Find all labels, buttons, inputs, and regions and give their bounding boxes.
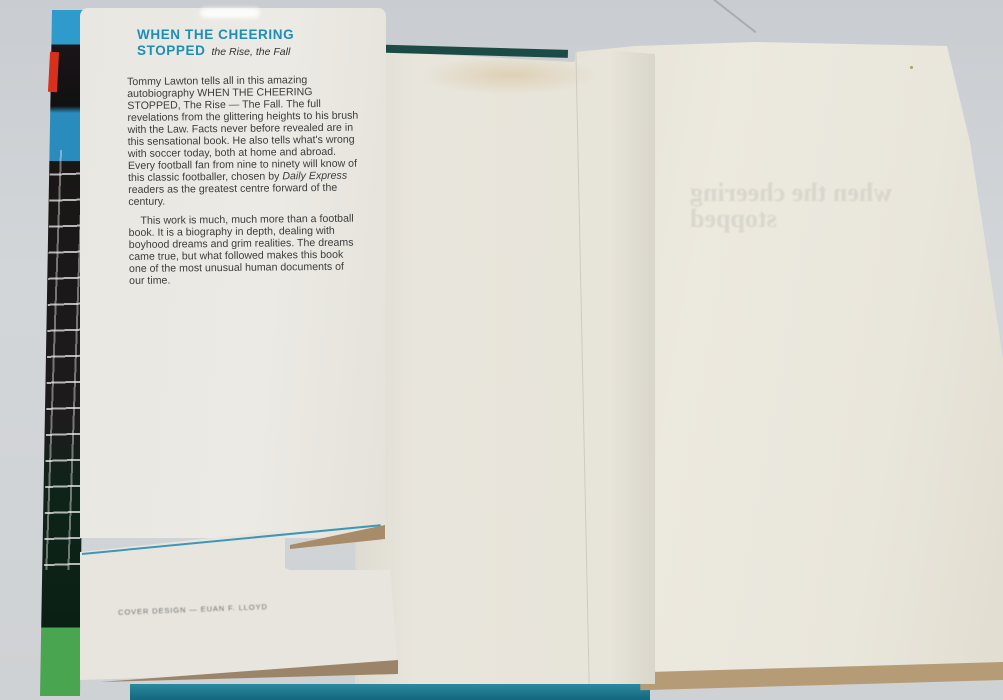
flap-title: WHEN THE CHEERING STOPPEDthe Rise, the F… — [137, 27, 377, 60]
flap-subtitle: the Rise, the Fall — [211, 46, 290, 58]
book-board-bottom-edge — [130, 684, 650, 700]
background-cord — [700, 0, 756, 33]
pastedown-page — [355, 50, 655, 684]
flap-glare — [200, 8, 260, 18]
page-stain — [420, 55, 600, 95]
blurb-paragraph-2: This work is much, much more than a foot… — [128, 212, 361, 287]
bleed-through-title: when the cheering stopped — [690, 180, 950, 232]
blurb-paragraph-1: Tommy Lawton tells all in this amazing a… — [127, 74, 360, 209]
foxing-spot — [910, 66, 913, 69]
flap-blurb: Tommy Lawton tells all in this amazing a… — [127, 74, 361, 293]
